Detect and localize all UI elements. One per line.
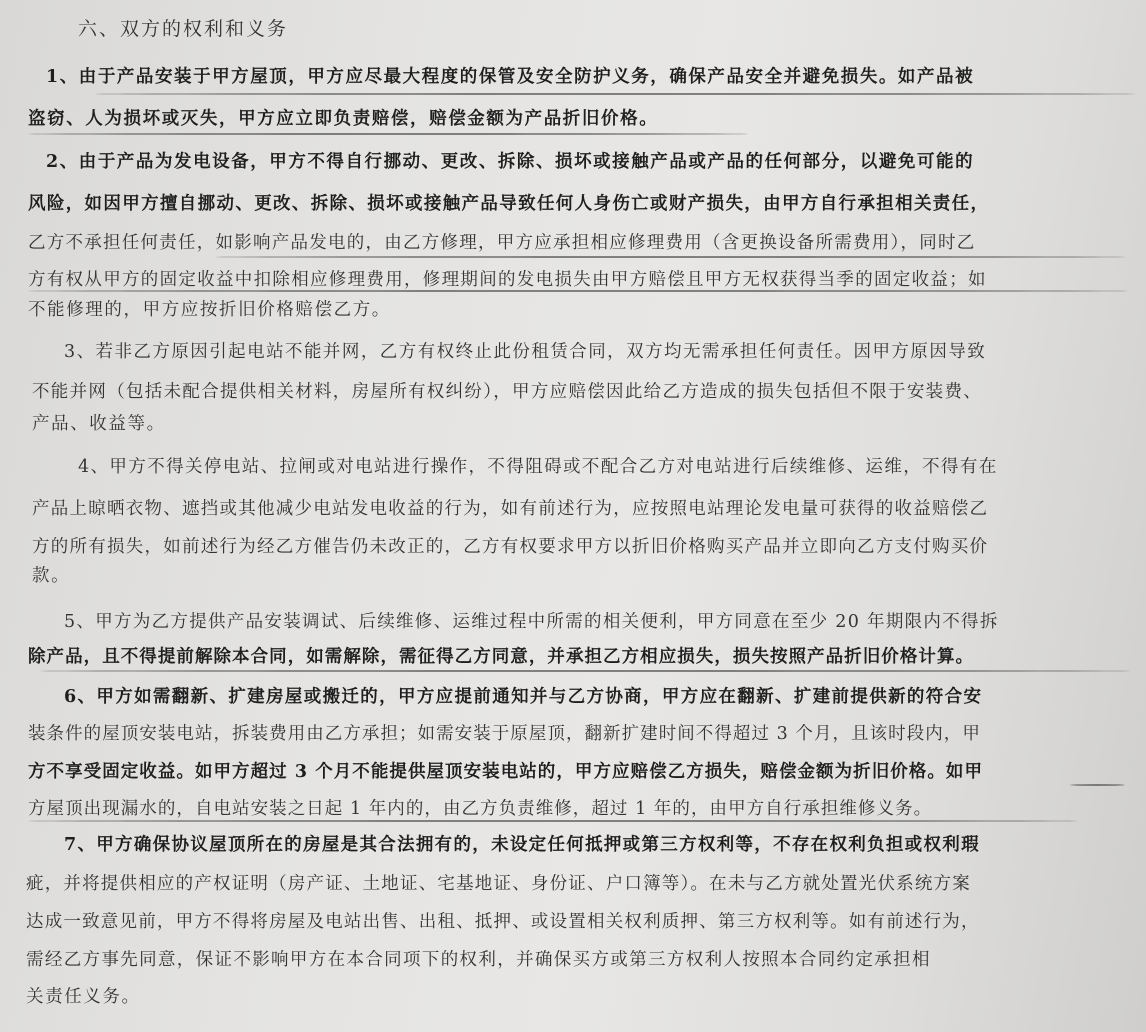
clause-2-line-3: 乙方不承担任何责任，如影响产品发电的，由乙方修理，甲方应承担相应修理费用（含更换…: [28, 231, 976, 255]
handwritten-underline: [215, 256, 1125, 258]
clause-4-line-1: 4、甲方不得关停电站、拉闸或对电站进行操作，不得阻碍或不配合乙方对电站进行后续维…: [78, 455, 998, 479]
handwritten-underline: [40, 670, 1130, 672]
clause-7-line-2: 疵，并将提供相应的产权证明（房产证、土地证、宅基地证、身份证、户口簿等）。在未与…: [26, 872, 971, 896]
handwritten-underline: [28, 133, 748, 135]
handwritten-underline: [28, 290, 1128, 292]
clause-1-line-1: 1、由于产品安装于甲方屋顶，甲方应尽最大程度的保管及安全防护义务，确保产品安全并…: [46, 65, 974, 89]
clause-6-line-3: 方不享受固定收益。如甲方超过 3 个月不能提供屋顶安装电站的，甲方应赔偿乙方损失…: [28, 760, 983, 784]
handwritten-underline: [28, 820, 1078, 822]
clause-4-line-3: 方的所有损失，如前述行为经乙方催告仍未改正的，乙方有权要求甲方以折旧价格购买产品…: [32, 535, 988, 559]
clause-6-line-2: 装条件的屋顶安装电站，拆装费用由乙方承担；如需安装于原屋顶，翻新扩建时间不得超过…: [28, 722, 981, 746]
clause-1-line-2: 盗窃、人为损坏或灭失，甲方应立即负责赔偿，赔偿金额为产品折旧价格。: [28, 107, 658, 131]
contract-page: 六、双方的权利和义务 1、由于产品安装于甲方屋顶，甲方应尽最大程度的保管及安全防…: [0, 0, 1146, 1032]
clause-6-line-1: 6、甲方如需翻新、扩建房屋或搬迁的，甲方应提前通知并与乙方协商，甲方应在翻新、扩…: [64, 685, 982, 709]
handwritten-underline: [1070, 784, 1125, 786]
handwritten-underline: [95, 93, 1135, 95]
clause-7-line-1: 7、甲方确保协议屋顶所在的房屋是其合法拥有的，未设定任何抵押或第三方权利等，不存…: [64, 833, 980, 857]
clause-2-line-2: 风险，如因甲方擅自挪动、更改、拆除、损坏或接触产品导致任何人身伤亡或财产损失，由…: [28, 192, 989, 216]
section-title: 六、双方的权利和义务: [78, 14, 288, 41]
clause-2-line-4: 方有权从甲方的固定收益中扣除相应修理费用，修理期间的发电损失由甲方赔偿且甲方无权…: [28, 268, 987, 292]
clause-4-line-2: 产品上晾晒衣物、遮挡或其他减少电站发电收益的行为，如有前述行为，应按照电站理论发…: [32, 497, 988, 521]
clause-3-line-1: 3、若非乙方原因引起电站不能并网，乙方有权终止此份租赁合同，双方均无需承担任何责…: [64, 340, 986, 364]
clause-6-line-4: 方屋顶出现漏水的，自电站安装之日起 1 年内的，由乙方负责维修，超过 1 年的，…: [28, 797, 932, 821]
clause-7-line-3: 达成一致意见前，甲方不得将房屋及电站出售、出租、抵押、或设置相关权利质押、第三方…: [26, 910, 980, 934]
clause-2-line-1: 2、由于产品为发电设备，甲方不得自行挪动、更改、拆除、损坏或接触产品或产品的任何…: [46, 150, 974, 174]
clause-5-line-2: 除产品，且不得提前解除本合同，如需解除，需征得乙方同意，并承担乙方相应损失，损失…: [28, 645, 974, 669]
clause-7-line-4: 需经乙方事先同意，保证不影响甲方在本合同项下的权利，并确保买方或第三方权利人按照…: [26, 948, 931, 972]
clause-5-line-1: 5、甲方为乙方提供产品安装调试、后续维修、运维过程中所需的相关便利，甲方同意在至…: [64, 610, 999, 634]
clause-4-line-4: 款。: [32, 564, 70, 588]
clause-3-line-3: 产品、收益等。: [32, 412, 166, 436]
clause-2-line-5: 不能修理的，甲方应按折旧价格赔偿乙方。: [28, 298, 391, 322]
clause-3-line-2: 不能并网（包括未配合提供相关材料，房屋所有权纠纷），甲方应赔偿因此给乙方造成的损…: [32, 380, 982, 404]
clause-7-line-5: 关责任义务。: [26, 985, 141, 1009]
